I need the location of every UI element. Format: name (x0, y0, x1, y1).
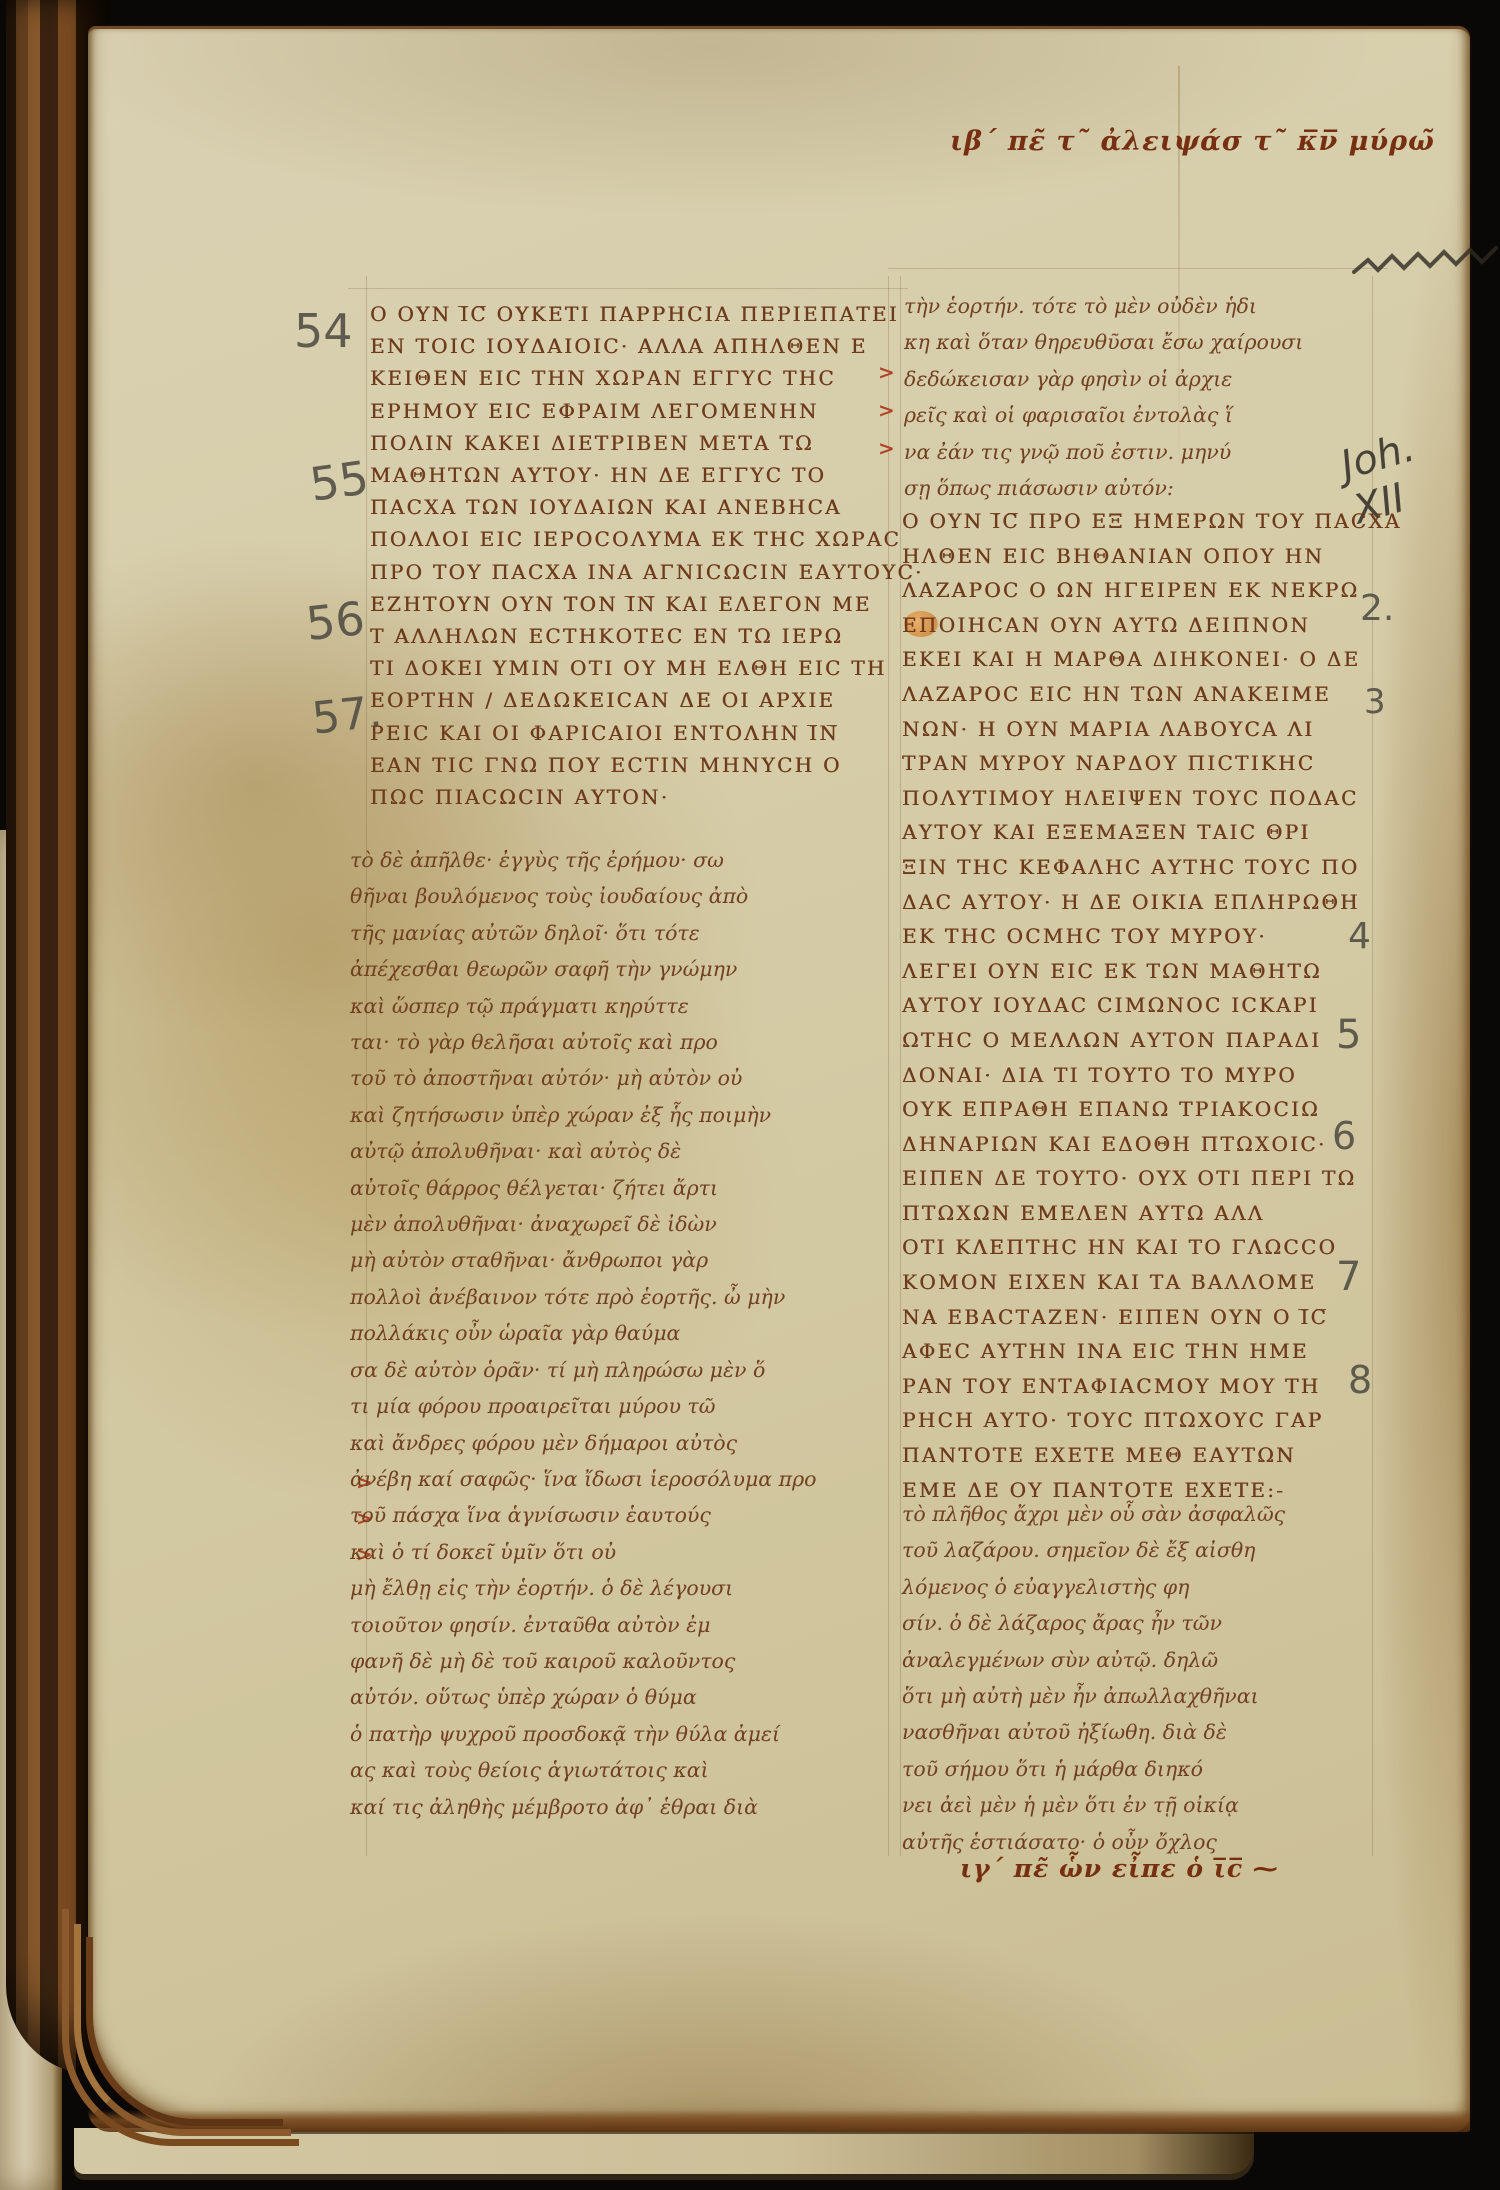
text-line: ΕΚ ΤΗϹ ΟϹΜΗϹ ΤΟΥ ΜΥΡΟΥ· (902, 919, 1382, 954)
text-line: μὴ αὐτὸν σταθῆναι· ἄνθρωποι γὰρ (350, 1242, 910, 1278)
text-line: αὐτῆς ἑστιάσατο· ὁ οὖν ὄχλος (902, 1824, 1392, 1860)
text-line: ΕΙΠΕΝ ΔΕ ΤΟΥΤΟ· ΟΥΧ ΟΤΙ ΠΕΡΙ ΤΩ (902, 1161, 1382, 1196)
text-line: θῆναι βουλόμενος τοὺς ἰουδαίους ἀπὸ (350, 878, 910, 914)
text-line: ΕΠΟΙΗϹΑΝ ΟΥΝ ΑΥΤΩ ΔΕΙΠΝΟΝ (902, 608, 1382, 643)
text-line: ΕΑΝ ΤΙϹ ΓΝΩ ΠΟΥ ΕϹΤΙΝ ΜΗΝΥϹΗ Ο (370, 749, 900, 781)
text-line: νασθῆναι αὐτοῦ ἠξίωθη. διὰ δὲ (902, 1714, 1392, 1750)
text-line: ἀνέβη καί σαφῶς· ἵνα ἴδωσι ἱεροσόλυμα πρ… (350, 1461, 910, 1497)
text-line: ἀναλεγμένων σὺν αὐτῷ. δηλῶ (902, 1642, 1392, 1678)
text-line: σα δὲ αὐτὸν ὁρᾶν· τί μὴ πληρώσω μὲν ὅ (350, 1352, 910, 1388)
text-line: μὴ ἔλθῃ εἰς τὴν ἑορτήν. ὁ δὲ λέγουσι (350, 1570, 910, 1606)
text-line: νει ἀεὶ μὲν ἡ μὲν ὅτι ἐν τῇ οἰκίᾳ (902, 1787, 1392, 1823)
text-line: ΤΙ ΔΟΚΕΙ ΥΜΙΝ ΟΤΙ ΟΥ ΜΗ ΕΛΘΗ ΕΙϹ ΤΗ (370, 652, 900, 684)
text-line: τοιοῦτον φησίν. ἐνταῦθα αὐτὸν ἐμ (350, 1607, 910, 1643)
text-line: ΕΡΗΜΟΥ ΕΙϹ ΕΦΡΑΙΜ ΛΕΓΟΜΕΝΗΝ (370, 395, 900, 427)
text-line: πολλοὶ ἀνέβαινον τότε πρὸ ἑορτῆς. ὦ μὴν (350, 1279, 910, 1315)
text-line: ρεῖς καὶ οἱ φαρισαῖοι ἐντολὰς ἵ (904, 397, 1384, 433)
chapter-title-rubric: ιβ΄ πε̃ τ῀ ἀλειψάσ τ῀ κ̅ν̅ μύρω̃ (950, 126, 1435, 157)
text-line: καὶ ζητήσωσιν ὑπὲρ χώραν ἐξ ἧς ποιμὴν (350, 1097, 910, 1133)
text-line: τὸ δὲ ἀπῆλθε· ἐγγὺς τῆς ἐρήμου· σω (350, 842, 910, 878)
text-line: ΛΑΖΑΡΟϹ Ο ΩΝ ΗΓΕΙΡΕΝ ΕΚ ΝΕΚΡΩ (902, 573, 1382, 608)
text-line: ΡΗϹΗ ΑΥΤΟ· ΤΟΥϹ ΠΤΩΧΟΥϹ ΓΑΡ (902, 1403, 1382, 1438)
right-column-commentary-top: τὴν ἑορτήν. τότε τὸ μὲν οὐδὲν ἡδικη καὶ … (904, 288, 1384, 506)
text-line: ΟΤΙ ΚΛΕΠΤΗϹ ΗΝ ΚΑΙ ΤΟ ΓΛΩϹϹΟ (902, 1230, 1382, 1265)
text-line: πολλάκις οὖν ὡραῖα γὰρ θαύμα (350, 1315, 910, 1351)
text-line: Τ ΑΛΛΗΛΩΝ ΕϹΤΗΚΟΤΕϹ ΕΝ ΤΩ ΙΕΡΩ (370, 620, 900, 652)
leaf-edge (74, 1924, 291, 2136)
text-line: ἀπέχεσθαι θεωρῶν σαφῆ τὴν γνώμην (350, 951, 910, 987)
left-column-gospel-text: Ο ΟΥΝ Ι̅Ϲ̅ ΟΥΚΕΤΙ ΠΑΡΡΗϹΙΑ ΠΕΡΙΕΠΑΤΕΙΕΝ … (370, 298, 900, 813)
text-line: ας καὶ τοὺς θείοις ἁγιωτάτοις καὶ (350, 1752, 910, 1788)
text-line: τὴν ἑορτήν. τότε τὸ μὲν οὐδὲν ἡδι (904, 288, 1384, 324)
text-line: αὐτόν. οὕτως ὑπὲρ χώραν ὁ θύμα (350, 1679, 910, 1715)
text-line: ΕΝ ΤΟΙϹ ΙΟΥΔΑΙΟΙϹ· ΑΛΛΑ ΑΠΗΛΘΕΝ Ε (370, 330, 900, 362)
text-line: σίν. ὁ δὲ λάζαρος ἄρας ἦν τῶν (902, 1605, 1392, 1641)
text-line: ΩΤΗϹ Ο ΜΕΛΛΩΝ ΑΥΤΟΝ ΠΑΡΑΔΙ (902, 1023, 1382, 1058)
text-line: ΛΕΓΕΙ ΟΥΝ ΕΙϹ ΕΚ ΤΩΝ ΜΑΘΗΤΩ (902, 954, 1382, 989)
text-line: ται· τὸ γὰρ θελῆσαι αὐτοῖς καὶ προ (350, 1024, 910, 1060)
text-line: ΝΩΝ· Η ΟΥΝ ΜΑΡΙΑ ΛΑΒΟΥϹΑ ΛΙ (902, 712, 1382, 747)
text-line: ΕΟΡΤΗΝ / ΔΕΔΩΚΕΙϹΑΝ ΔΕ ΟΙ ΑΡΧΙΕ (370, 684, 900, 716)
text-line: ΗΛΘΕΝ ΕΙϹ ΒΗΘΑΝΙΑΝ ΟΠΟΥ ΗΝ (902, 539, 1382, 574)
text-line: τοῦ λαζάρου. σημεῖον δὲ ἔξ αἰσθη (902, 1532, 1392, 1568)
page-bottom-edge (88, 2110, 1470, 2132)
left-column-commentary-text: τὸ δὲ ἀπῆλθε· ἐγγὺς τῆς ἐρήμου· σωθῆναι … (350, 842, 910, 1825)
text-line: τοῦ σήμου ὅτι ἡ μάρθα διηκό (902, 1751, 1392, 1787)
text-line: Ο ΟΥΝ Ι̅Ϲ̅ ΟΥΚΕΤΙ ΠΑΡΡΗϹΙΑ ΠΕΡΙΕΠΑΤΕΙ (370, 298, 900, 330)
text-line: ΝΑ ΕΒΑϹΤΑΖΕΝ· ΕΙΠΕΝ ΟΥΝ Ο Ι̅Ϲ̅ (902, 1300, 1382, 1335)
text-line: ΑΥΤΟΥ ΚΑΙ ΕΞΕΜΑΞΕΝ ΤΑΙϹ ΘΡΙ (902, 815, 1382, 850)
text-line: ΞΙΝ ΤΗϹ ΚΕΦΑΛΗϹ ΑΥΤΗϹ ΤΟΥϹ ΠΟ (902, 850, 1382, 885)
stitch-repair-mark (1350, 234, 1500, 286)
text-line: καὶ ἄνδρες φόρου μὲν δήμαροι αὐτὸς (350, 1425, 910, 1461)
verse-number-54: 54 (294, 304, 353, 358)
ruling-line (888, 268, 1388, 269)
text-line: ΠΑΝΤΟΤΕ ΕΧΕΤΕ ΜΕΘ ΕΑΥΤΩΝ (902, 1438, 1382, 1473)
manuscript-photo: ιβ΄ πε̃ τ῀ ἀλειψάσ τ῀ κ̅ν̅ μύρω̃ ιγ΄ πε̃… (0, 0, 1500, 2190)
under-page-edge (74, 2128, 1254, 2174)
right-column-gospel-text: Ο ΟΥΝ Ι̅Ϲ̅ ΠΡΟ ΕΞ ΗΜΕΡΩΝ ΤΟΥ ΠΑϹΧΑΗΛΘΕΝ … (902, 504, 1382, 1507)
text-line: ΤΡΑΝ ΜΥΡΟΥ ΝΑΡΔΟΥ ΠΙϹΤΙΚΗϹ (902, 746, 1382, 781)
verse-number-55: 55 (307, 450, 372, 512)
text-line: ΟΥΚ ΕΠΡΑΘΗ ΕΠΑΝΩ ΤΡΙΑΚΟϹΙΩ (902, 1092, 1382, 1127)
text-line: ΚΟΜΟΝ ΕΙΧΕΝ ΚΑΙ ΤΑ ΒΑΛΛΟΜΕ (902, 1265, 1382, 1300)
text-line: ΠΑϹΧΑ ΤΩΝ ΙΟΥΔΑΙΩΝ ΚΑΙ ΑΝΕΒΗϹΑ (370, 491, 900, 523)
text-line: τι μία φόρου προαιρεῖται μύρου τῶ (350, 1388, 910, 1424)
text-line: ΠΟΛΥΤΙΜΟΥ ΗΛΕΙΨΕΝ ΤΟΥϹ ΠΟΔΑϹ (902, 781, 1382, 816)
text-line: ΔΟΝΑΙ· ΔΙΑ ΤΙ ΤΟΥΤΟ ΤΟ ΜΥΡΟ (902, 1058, 1382, 1093)
text-line: αὐτῷ ἀπολυθῆναι· καὶ αὐτὸς δὲ (350, 1133, 910, 1169)
text-line: ΠΟΛΛΟΙ ΕΙϹ ΙΕΡΟϹΟΛΥΜΑ ΕΚ ΤΗϹ ΧΩΡΑϹ (370, 523, 900, 555)
text-line: ΑΦΕϹ ΑΥΤΗΝ ΙΝΑ ΕΙϹ ΤΗΝ ΗΜΕ (902, 1334, 1382, 1369)
text-line: τοῦ τὸ ἀποστῆναι αὐτόν· μὴ αὐτὸν οὐ (350, 1060, 910, 1096)
text-line: ΠΩϹ ΠΙΑϹΩϹΙΝ ΑΥΤΟΝ· (370, 781, 900, 813)
text-line: ΕΖΗΤΟΥΝ ΟΥΝ ΤΟΝ Ι̅Ν̅ ΚΑΙ ΕΛΕΓΟΝ ΜΕ (370, 588, 900, 620)
ruling-line (348, 288, 908, 289)
text-line: ΚΕΙΘΕΝ ΕΙϹ ΤΗΝ ΧΩΡΑΝ ΕΓΓΥϹ ΤΗϹ (370, 362, 900, 394)
text-line: ΔΑϹ ΑΥΤΟΥ· Η ΔΕ ΟΙΚΙΑ ΕΠΛΗΡΩΘΗ (902, 885, 1382, 920)
text-line: ΜΑΘΗΤΩΝ ΑΥΤΟΥ· ΗΝ ΔΕ ΕΓΓΥϹ ΤΟ (370, 459, 900, 491)
text-line: ὅτι μὴ αὐτὴ μὲν ἦν ἀπωλλαχθῆναι (902, 1678, 1392, 1714)
text-line: τὸ πλῆθος ἄχρι μὲν οὗ σὰν ἀσφαλῶς (902, 1496, 1392, 1532)
text-line: ΡΕΙϹ ΚΑΙ ΟΙ ΦΑΡΙϹΑΙΟΙ ΕΝΤΟΛΗΝ Ι̅Ν̅ (370, 717, 900, 749)
text-line: δεδώκεισαν γὰρ φησὶν οἱ ἀρχιε (904, 361, 1384, 397)
parchment-page: ιβ΄ πε̃ τ῀ ἀλειψάσ τ῀ κ̅ν̅ μύρω̃ ιγ΄ πε̃… (88, 26, 1470, 2132)
text-line: να ἐάν τις γνῷ ποῦ ἐστιν. μηνύ (904, 434, 1384, 470)
text-line: ΠΤΩΧΩΝ ΕΜΕΛΕΝ ΑΥΤΩ ΑΛΛ (902, 1196, 1382, 1231)
text-line: ὁ πατὴρ ψυχροῦ προσδοκᾷ τὴν θύλα ἀμεί (350, 1716, 910, 1752)
text-line: ΑΥΤΟΥ ΙΟΥΔΑϹ ϹΙΜΩΝΟϹ ΙϹΚΑΡΙ (902, 988, 1382, 1023)
text-line: ΠΟΛΙΝ ΚΑΚΕΙ ΔΙΕΤΡΙΒΕΝ ΜΕΤΑ ΤΩ (370, 427, 900, 459)
text-line: σῃ ὅπως πιάσωσιν αὐτόν: (904, 470, 1384, 506)
text-line: κη καὶ ὅταν θηρευθῦσαι ἔσω χαίρουσι (904, 324, 1384, 360)
text-line: Ο ΟΥΝ Ι̅Ϲ̅ ΠΡΟ ΕΞ ΗΜΕΡΩΝ ΤΟΥ ΠΑϹΧΑ (902, 504, 1382, 539)
text-line: ΠΡΟ ΤΟΥ ΠΑϹΧΑ ΙΝΑ ΑΓΝΙϹΩϹΙΝ ΕΑΥΤΟΥϹ· (370, 556, 900, 588)
text-line: λόμενος ὁ εὐαγγελιστὴς φη (902, 1569, 1392, 1605)
text-line: ΛΑΖΑΡΟϹ ΕΙϹ ΗΝ ΤΩΝ ΑΝΑΚΕΙΜΕ (902, 677, 1382, 712)
stacked-corner-leaves (62, 1896, 312, 2146)
text-line: μὲν ἀπολυθῆναι· ἀναχωρεῖ δὲ ἰδὼν (350, 1206, 910, 1242)
text-line: καὶ ὥσπερ τῷ πράγματι κηρύττε (350, 988, 910, 1024)
text-line: ΔΗΝΑΡΙΩΝ ΚΑΙ ΕΔΟΘΗ ΠΤΩΧΟΙϹ· (902, 1127, 1382, 1162)
verse-number-56: 56 (303, 591, 367, 651)
text-line: τῆς μανίας αὐτῶν δηλοῖ· ὅτι τότε (350, 915, 910, 951)
right-column-commentary-bottom: τὸ πλῆθος ἄχρι μὲν οὗ σὰν ἀσφαλῶςτοῦ λαζ… (902, 1496, 1392, 1860)
leaf-edge (86, 1937, 283, 2126)
text-line: ΕΚΕΙ ΚΑΙ Η ΜΑΡΘΑ ΔΙΗΚΟΝΕΙ· Ο ΔΕ (902, 642, 1382, 677)
text-line: καί τις ἀληθὴς μέμβροτο ἀφ᾽ ἑθραι διὰ (350, 1789, 910, 1825)
text-line: ΡΑΝ ΤΟΥ ΕΝΤΑΦΙΑϹΜΟΥ ΜΟΥ ΤΗ (902, 1369, 1382, 1404)
text-line: φανῆ δὲ μὴ δὲ τοῦ καιροῦ καλοῦντος (350, 1643, 910, 1679)
text-line: τοῦ πάσχα ἵνα ἁγνίσωσιν ἑαυτούς (350, 1497, 910, 1533)
text-line: αὐτοῖς θάρρος θέλγεται· ζήτει ἄρτι (350, 1170, 910, 1206)
text-line: καὶ ὁ τί δοκεῖ ὑμῖν ὅτι οὐ (350, 1534, 910, 1570)
